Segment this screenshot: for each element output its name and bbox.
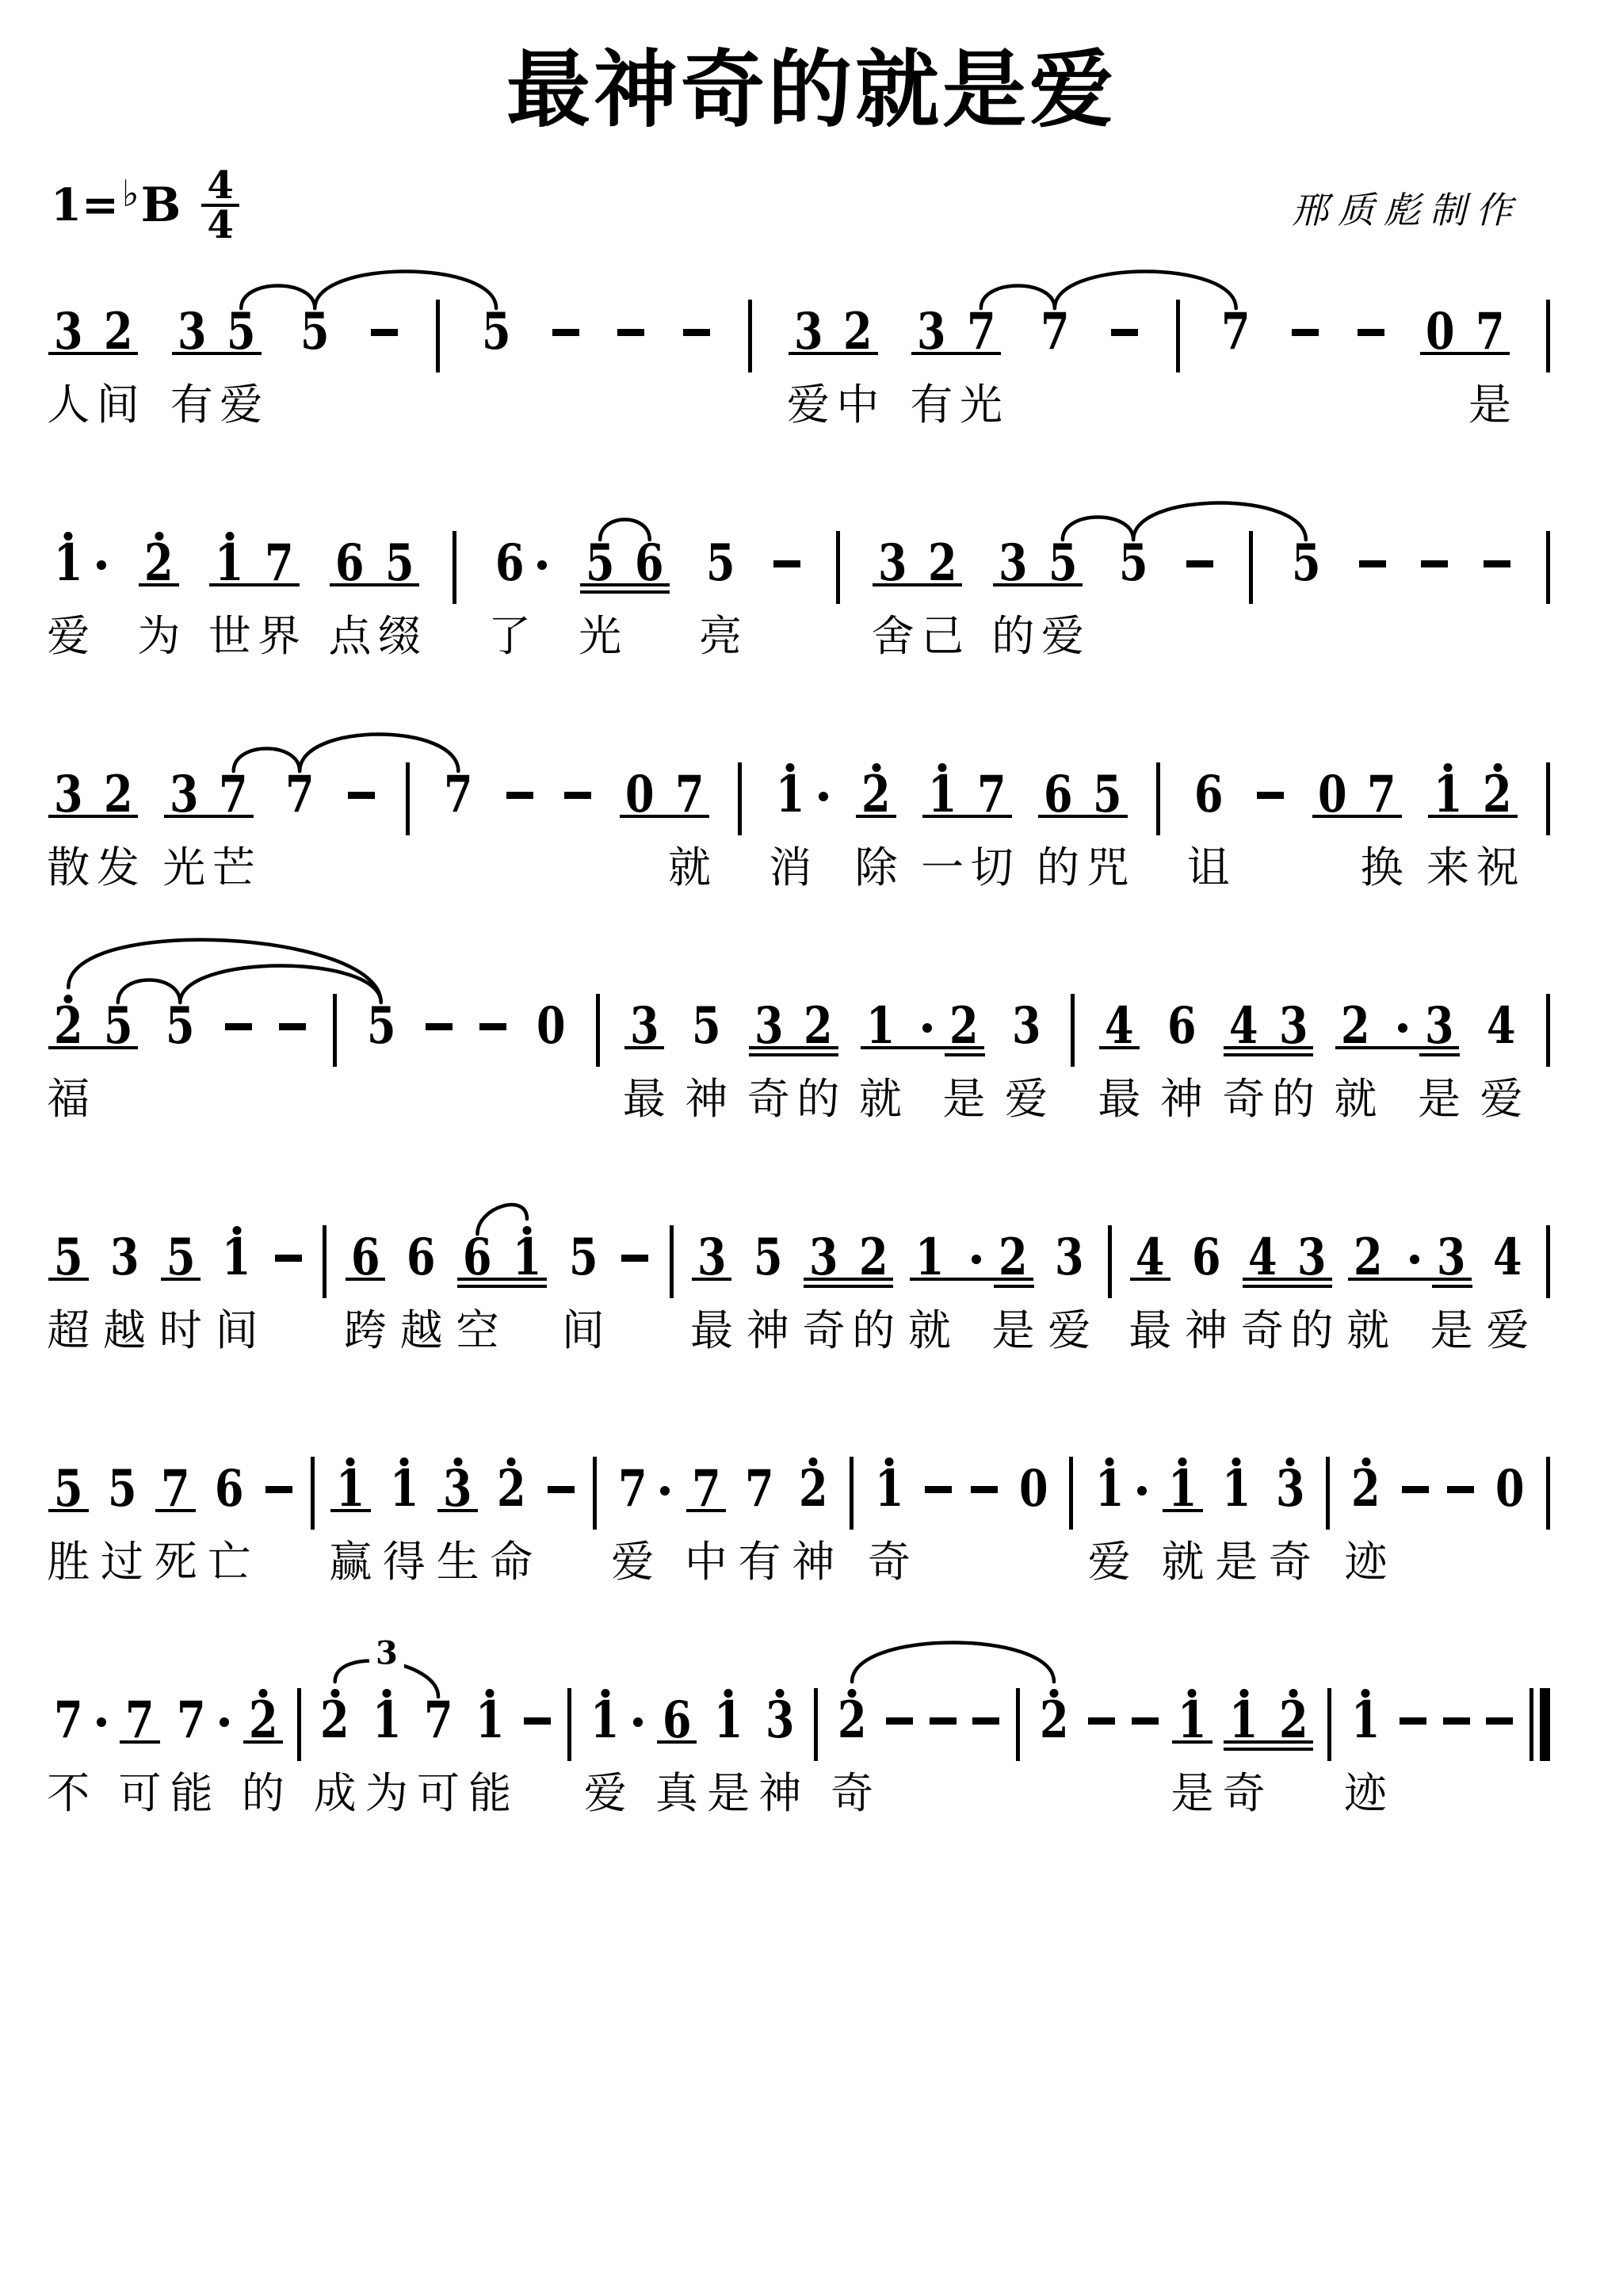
notes-row: 2555035321234643234: [51, 1007, 1550, 1046]
note-stack: 1: [1165, 1469, 1201, 1509]
note-stack: 6: [348, 1238, 384, 1278]
beam-group: 56: [582, 544, 667, 583]
lyric-syllable: 祝: [1476, 843, 1519, 892]
note-stack: 3: [1052, 1238, 1087, 1278]
beam-underline: [48, 1046, 138, 1050]
duration-dash: [564, 792, 591, 799]
lyric-syllable: 的: [242, 1769, 285, 1818]
note-digit: 7: [444, 775, 473, 815]
note: 7: [742, 1469, 777, 1509]
note-digit: 7: [1476, 312, 1505, 352]
note: 7: [421, 1701, 456, 1740]
beam-underline: [692, 1278, 732, 1282]
note-digit: 2: [838, 1701, 867, 1740]
note-stack: 5: [1116, 544, 1151, 583]
note-stack: 2: [1480, 775, 1515, 815]
augmentation-dot: [97, 560, 106, 570]
note-stack: 6: [659, 1701, 695, 1740]
note: 1: [1165, 1469, 1201, 1509]
note-digit: 7: [285, 775, 315, 815]
lyric-syllable: 奇: [831, 1769, 873, 1818]
note-stack: 3: [995, 544, 1031, 583]
beam-underline: [580, 590, 670, 594]
note-stack: 2: [141, 544, 177, 583]
note: 3: [627, 1007, 663, 1046]
note: 3: [1009, 1007, 1044, 1046]
lyric-syllable: 是: [1215, 1538, 1258, 1587]
beam-underline: [243, 1740, 284, 1744]
note-stack: 2: [858, 775, 894, 815]
note: 1: [1174, 1701, 1210, 1740]
beam-underline: [789, 352, 878, 356]
duration-dash: [1186, 560, 1213, 567]
note-stack: 5: [223, 312, 259, 352]
note: 1: [1219, 1469, 1254, 1509]
beam-underline: [330, 1509, 371, 1513]
lyrics-row: 散发光芒就消除一切的咒诅换来祝: [51, 843, 1550, 896]
augmentation-dot: [1137, 1486, 1147, 1496]
note-stack: 5: [162, 1007, 198, 1046]
note-digit: 2: [1351, 1469, 1381, 1509]
note: 7: [615, 1469, 670, 1509]
beam-group: 12: [912, 1238, 1031, 1278]
note-digit: 3: [110, 1238, 139, 1278]
note-digit: 2: [1040, 1701, 1069, 1740]
note-digit: 4: [1487, 1007, 1516, 1046]
note-digit: 0: [1318, 775, 1347, 815]
note-digit: 2: [861, 775, 891, 815]
note: 7: [441, 775, 476, 815]
note-digit: 1: [390, 1469, 419, 1509]
barline: [323, 1225, 327, 1298]
note-digit: 6: [351, 1238, 380, 1278]
lyric-syllable: 爱: [611, 1538, 654, 1587]
lyric-syllable: 命: [490, 1538, 533, 1587]
note-digit: 2: [144, 544, 174, 583]
lyric-syllable: 了: [488, 612, 531, 661]
note-stack: 2: [1037, 1701, 1072, 1740]
note-stack: 2: [800, 1007, 836, 1046]
lyric-syllable: 奇: [868, 1538, 911, 1587]
note-stack: 1: [510, 1238, 545, 1278]
note-digit: 4: [1136, 1238, 1165, 1278]
key-prefix: 1=: [51, 183, 119, 227]
beam-underline: [749, 1046, 838, 1050]
beam-underline: [624, 1046, 665, 1050]
note: 1: [472, 1701, 508, 1740]
lyric-syllable: 爱: [1041, 612, 1084, 661]
notes-row: 53516661535321234643234: [51, 1238, 1550, 1278]
note-stack: 3: [166, 775, 202, 815]
beam-group: 12: [1226, 1701, 1311, 1740]
beam-underline: [910, 1278, 1033, 1282]
note-digit: 3: [443, 1469, 472, 1509]
note-digit: 2: [320, 1701, 349, 1740]
note: 1: [1348, 1701, 1384, 1740]
lyric-syllable: 福: [47, 1075, 90, 1124]
note-stack: 1: [1174, 1701, 1210, 1740]
note-stack: 3: [914, 312, 949, 352]
barline: [436, 300, 440, 372]
note-stack: 7: [1218, 312, 1254, 352]
barline: [311, 1457, 315, 1530]
note-stack: 3: [751, 1007, 787, 1046]
lyric-syllable: 光: [960, 380, 1002, 430]
beam-group: 32: [875, 544, 960, 583]
note-stack: 3: [694, 1238, 730, 1278]
lyric-syllable: 的: [1290, 1306, 1333, 1355]
note: 5: [689, 1007, 724, 1046]
duration-dash: [1484, 560, 1510, 567]
beam-group: 32: [51, 775, 136, 815]
lyric-syllable: 神: [747, 1306, 789, 1355]
beam-group: 35: [174, 312, 259, 352]
duration-dash: [1486, 1717, 1513, 1725]
note-stack: 3: [1294, 1238, 1330, 1278]
beam-group: 61: [460, 1238, 544, 1278]
beam-group: 12: [1430, 775, 1515, 815]
lyrics-row: 超越时间跨越空间最神奇的就是爱最神奇的就是爱: [51, 1306, 1550, 1358]
lyric-syllable: 奇: [1222, 1075, 1265, 1124]
barline: [814, 1688, 818, 1761]
note-stack: 1: [51, 544, 86, 583]
lyric-syllable: 世: [208, 612, 251, 661]
note: 5: [51, 1469, 86, 1509]
note: 5: [566, 1238, 601, 1278]
note-digit: 0: [1426, 312, 1455, 352]
note-stack: 5: [1289, 544, 1324, 583]
duration-dash: [621, 1255, 648, 1262]
note-digit: 1: [915, 1238, 945, 1278]
note: 7: [1218, 312, 1254, 352]
note-stack: 5: [163, 1238, 199, 1278]
note-stack: 4: [1484, 1007, 1519, 1046]
note-digit: 2: [1279, 1701, 1308, 1740]
beam-group: 12: [863, 1007, 982, 1046]
duration-dash: [1400, 1717, 1426, 1725]
beam-underline: [1312, 815, 1402, 819]
meter-numerator: 4: [201, 168, 239, 207]
beam-group: 65: [332, 544, 417, 583]
note: 5: [479, 312, 514, 352]
note-stack: 4: [1245, 1238, 1281, 1278]
note-digit: 6: [1192, 1238, 1221, 1278]
lyric-syllable: 超: [47, 1306, 90, 1355]
note-digit: 2: [999, 1238, 1028, 1278]
note-stack: 3: [174, 312, 210, 352]
note-digit: 2: [1483, 775, 1512, 815]
lyric-syllable: 最: [1128, 1306, 1171, 1355]
note-stack: 7: [262, 544, 297, 583]
lyric-syllable: 芒: [212, 843, 255, 892]
note-digit: 5: [586, 544, 615, 583]
lyric-syllable: 爱: [47, 612, 90, 661]
beam-underline: [945, 1053, 985, 1057]
duration-dash: [371, 329, 398, 336]
duration-dash: [265, 1486, 292, 1493]
note-stack: 6: [1191, 775, 1227, 815]
note: 3: [107, 1238, 143, 1278]
beam-underline: [120, 1740, 160, 1744]
note-stack: 7: [174, 1701, 209, 1740]
beam-underline: [164, 815, 254, 819]
duration-dash: [479, 1023, 506, 1030]
barline: [1108, 1225, 1112, 1298]
score-line: 32355532377707人间有爱爱中有光是: [51, 277, 1550, 509]
note-digit: 7: [967, 312, 996, 352]
note-stack: 6: [460, 1238, 495, 1278]
note: 7: [51, 1701, 106, 1740]
lyric-syllable: 点: [329, 612, 372, 661]
note-stack: 1: [369, 1701, 405, 1740]
lyrics-row: 胜过死亡赢得生命爱中有神奇爱就是奇迹: [51, 1538, 1550, 1590]
note-digit: 3: [630, 1007, 659, 1046]
note-stack: 3: [1273, 1469, 1308, 1509]
notes-row: 55761132777210111320: [51, 1469, 1550, 1509]
sheet-music-page: 最神奇的就是爱 1= ♭ B 4 4 邢质彪制作 32355532377707人…: [0, 0, 1623, 2296]
barline: [1546, 994, 1550, 1067]
lyric-syllable: 的: [852, 1306, 895, 1355]
note-digit: 2: [804, 1007, 833, 1046]
note-stack: 3: [107, 1238, 143, 1278]
beam-underline: [657, 1740, 697, 1744]
augmentation-dot: [97, 1717, 106, 1727]
note: 5: [1289, 544, 1324, 583]
note: 6: [492, 544, 548, 583]
note-stack: 2: [856, 1238, 892, 1278]
lyrics-row: 福最神奇的就是爱最神奇的就是爱: [51, 1075, 1550, 1127]
credit: 邢质彪制作: [1292, 189, 1522, 232]
beam-underline: [330, 583, 419, 587]
note-stack: 1: [912, 1238, 948, 1278]
duration-dash: [1132, 1717, 1159, 1725]
lyric-syllable: 的: [1272, 1075, 1315, 1124]
note-digit: 6: [635, 544, 664, 583]
augmentation-dot: [537, 560, 547, 570]
song-title: 最神奇的就是爱: [0, 41, 1623, 138]
duration-dash: [1402, 1486, 1429, 1493]
duration-dash: [225, 1023, 252, 1030]
duration-dash: [1111, 329, 1138, 336]
beam-underline: [437, 1509, 478, 1513]
barline: [1546, 762, 1550, 835]
note-digit: 1: [714, 1701, 743, 1740]
beam-underline: [48, 1509, 89, 1513]
score-line: 3237770712176560712散发光芒就消除一切的咒诅换来祝: [51, 740, 1550, 972]
note-digit: 5: [754, 1238, 783, 1278]
note-digit: 2: [1354, 1238, 1383, 1278]
barline: [670, 1225, 674, 1298]
lyric-syllable: 的: [991, 612, 1034, 661]
barline: [1156, 762, 1160, 835]
lyric-syllable: 为: [138, 612, 181, 661]
beam-underline: [1335, 1046, 1459, 1050]
note-stack: 7: [689, 1469, 724, 1509]
barline: [567, 1688, 571, 1761]
note-stack: 3: [627, 1007, 663, 1046]
note: 1: [333, 1469, 369, 1509]
lyric-syllable: 中: [836, 380, 879, 430]
note-stack: 5: [1090, 775, 1125, 815]
note-digit: 3: [1425, 1007, 1454, 1046]
lyric-syllable: 能: [468, 1769, 511, 1818]
note-digit: 1: [1434, 775, 1463, 815]
note-stack: 7: [1472, 312, 1508, 352]
note-digit: 3: [1276, 1469, 1305, 1509]
note: 6: [212, 1469, 247, 1509]
note-digit: 1: [513, 1238, 542, 1278]
note-digit: 7: [265, 544, 294, 583]
note-stack: 4: [1490, 1238, 1526, 1278]
lyric-syllable: 一: [921, 843, 964, 892]
note: 0: [533, 1007, 569, 1046]
beam-group: 17: [212, 544, 296, 583]
score: 32355532377707人间有爱爱中有光是1217656565323555爱…: [51, 277, 1550, 1897]
note-digit: 1: [590, 1701, 620, 1740]
notes-row: 3237770712176560712: [51, 775, 1550, 815]
note-stack: 3: [1276, 1007, 1312, 1046]
note-digit: 6: [663, 1701, 692, 1740]
beam-underline: [1130, 1278, 1170, 1282]
duration-dash: [506, 792, 533, 799]
note-digit: 3: [1055, 1238, 1084, 1278]
beam-underline: [856, 815, 896, 819]
note: 1: [587, 1701, 643, 1740]
note-stack: 2: [946, 1007, 982, 1046]
note-stack: 7: [742, 1469, 777, 1509]
beam-underline: [457, 1285, 547, 1289]
note-stack: 3: [762, 1701, 798, 1740]
barline: [748, 300, 752, 372]
augmentation-dot: [1398, 1023, 1407, 1033]
note: 6: [659, 1701, 695, 1740]
note-stack: 1: [472, 1701, 508, 1740]
note-stack: 5: [689, 1007, 724, 1046]
note-digit: 2: [104, 312, 133, 352]
note-digit: 3: [754, 1007, 784, 1046]
lyric-syllable: 舍: [872, 612, 915, 661]
lyric-syllable: 间: [216, 1306, 258, 1355]
beam-underline: [1172, 1740, 1212, 1744]
note-digit: 7: [177, 1701, 206, 1740]
note-stack: 1: [333, 1469, 369, 1509]
note-digit: 2: [859, 1238, 888, 1278]
note-digit: 7: [745, 1469, 774, 1509]
note-digit: 3: [766, 1701, 795, 1740]
lyric-syllable: 死: [155, 1538, 197, 1587]
lyric-syllable: 赢: [329, 1538, 372, 1587]
note: 2: [494, 1469, 529, 1509]
lyric-syllable: 奇: [803, 1306, 846, 1355]
lyric-syllable: 爱: [1088, 1538, 1131, 1587]
note-digit: 5: [108, 1469, 137, 1509]
note-digit: 5: [300, 312, 330, 352]
note-stack: 6: [1164, 1007, 1200, 1046]
lyric-syllable: 得: [383, 1538, 426, 1587]
note-stack: 1: [773, 775, 808, 815]
note-stack: 1: [925, 775, 960, 815]
note-stack: 5: [364, 1007, 399, 1046]
note-digit: 3: [54, 312, 83, 352]
note-stack: 1: [219, 1238, 254, 1278]
note-digit: 4: [1105, 1007, 1134, 1046]
lyric-syllable: 诅: [1187, 843, 1230, 892]
barline: [333, 994, 337, 1067]
note-stack: 5: [566, 1238, 601, 1278]
note-digit: 5: [706, 544, 735, 583]
note-digit: 2: [104, 775, 133, 815]
lyric-syllable: 除: [855, 843, 898, 892]
beam-underline: [1428, 815, 1518, 819]
lyric-syllable: 消: [769, 843, 811, 892]
note: 6: [403, 1238, 439, 1278]
beam-underline: [804, 1278, 893, 1282]
note-stack: 3: [51, 775, 86, 815]
duration-dash: [1292, 329, 1319, 336]
note-stack: 1: [587, 1701, 623, 1740]
note: 5: [750, 1238, 786, 1278]
lyric-syllable: 最: [623, 1075, 666, 1124]
beam-group: 32: [806, 1238, 891, 1278]
lyric-syllable: 的: [796, 1075, 839, 1124]
augmentation-dot: [819, 792, 828, 801]
duration-dash: [426, 1023, 453, 1030]
lyric-syllable: 奇: [1223, 1769, 1266, 1818]
beam-underline: [620, 815, 709, 819]
note-stack: 2: [101, 312, 136, 352]
note-stack: 1: [872, 1469, 907, 1509]
lyric-syllable: 奇: [747, 1075, 790, 1124]
lyric-syllable: 来: [1426, 843, 1469, 892]
note-digit: 1: [336, 1469, 365, 1509]
note: 1: [711, 1701, 747, 1740]
note-stack: 7: [51, 1701, 86, 1740]
note: 3: [1273, 1469, 1308, 1509]
note-stack: 1: [387, 1469, 422, 1509]
beam-underline: [1243, 1278, 1332, 1282]
note: 5: [703, 544, 739, 583]
note: 5: [297, 312, 333, 352]
slur: [300, 735, 458, 772]
barline: [596, 994, 600, 1067]
lyric-syllable: 神: [685, 1075, 727, 1124]
lyric-syllable: 真: [655, 1769, 698, 1818]
barline: [836, 531, 840, 604]
lyric-syllable: 有: [739, 1538, 781, 1587]
lyric-syllable: 换: [1361, 843, 1403, 892]
beam-underline: [861, 1046, 984, 1050]
note-stack: 4: [1226, 1007, 1262, 1046]
lyric-syllable: 有: [170, 380, 213, 430]
note: 5: [1116, 544, 1151, 583]
beam-group: 32: [751, 1007, 836, 1046]
beam-underline: [1224, 1748, 1313, 1752]
lyric-syllable: 中: [685, 1538, 727, 1587]
lyric-syllable: 神: [1185, 1306, 1228, 1355]
note-stack: 1: [1092, 1469, 1128, 1509]
note-digit: 6: [495, 544, 525, 583]
note-digit: 6: [407, 1238, 436, 1278]
note: 2: [1348, 1469, 1384, 1509]
beam-underline: [922, 815, 1012, 819]
note: 6: [1191, 775, 1227, 815]
note-digit: 1: [1229, 1701, 1258, 1740]
beam-underline: [155, 1509, 196, 1513]
lyric-syllable: 为: [365, 1769, 408, 1818]
duration-dash: [972, 1717, 999, 1725]
barline: [1176, 300, 1180, 372]
note-digit: 1: [776, 775, 805, 815]
